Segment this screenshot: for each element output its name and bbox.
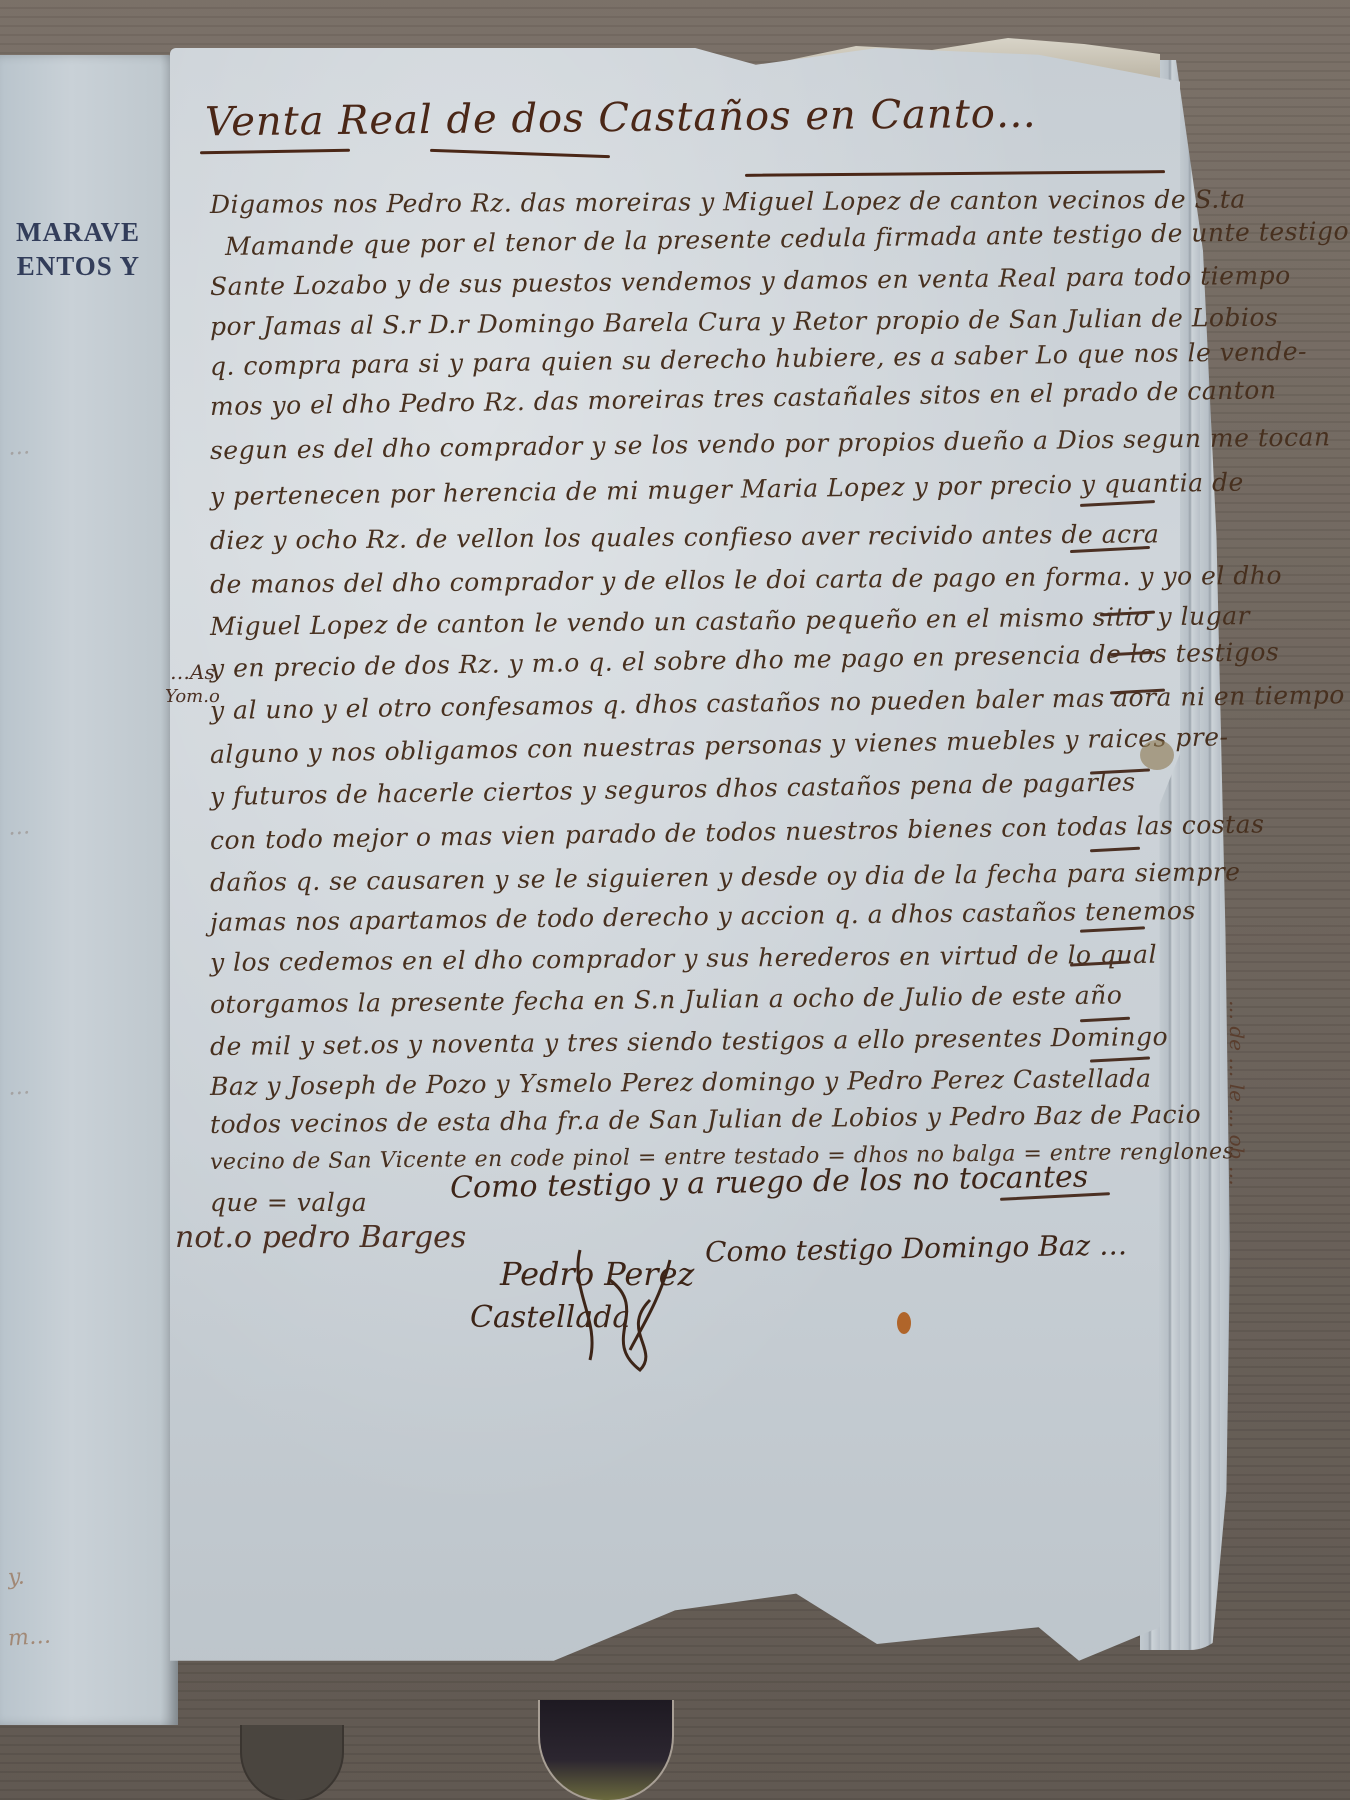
margin-note: …As <box>170 660 215 684</box>
bottom-mark: m… <box>7 1624 52 1652</box>
cardboard-hole <box>240 1725 344 1800</box>
bottom-mark: y. <box>7 1564 25 1590</box>
edge-writing: … de … le … ob … <box>1225 1000 1249 1400</box>
printed-stamp: MARAVE ENTOS Y <box>0 215 140 283</box>
manuscript-line: Digamos nos Pedro Rz. das moreiras y Mig… <box>210 185 1246 219</box>
left-page: MARAVE ENTOS Y … … … y. m… <box>0 55 178 1725</box>
faint-text: … <box>7 434 31 460</box>
margin-note: Yom.o <box>165 686 220 707</box>
cardboard-hole <box>538 1700 674 1800</box>
manuscript-line: que = valga <box>210 1188 367 1217</box>
faint-text: … <box>7 1074 31 1100</box>
faint-text: … <box>7 814 31 840</box>
document-title: Venta Real de dos Castaños en Canto… <box>205 91 1037 146</box>
notary-signature: not.o pedro Barges <box>175 1220 466 1255</box>
ink-stain <box>897 1312 911 1334</box>
stamp-line: ENTOS Y <box>0 249 140 283</box>
signature-rubric <box>560 1240 720 1380</box>
paper-stain <box>1140 740 1174 770</box>
stamp-line: MARAVE <box>0 215 140 249</box>
